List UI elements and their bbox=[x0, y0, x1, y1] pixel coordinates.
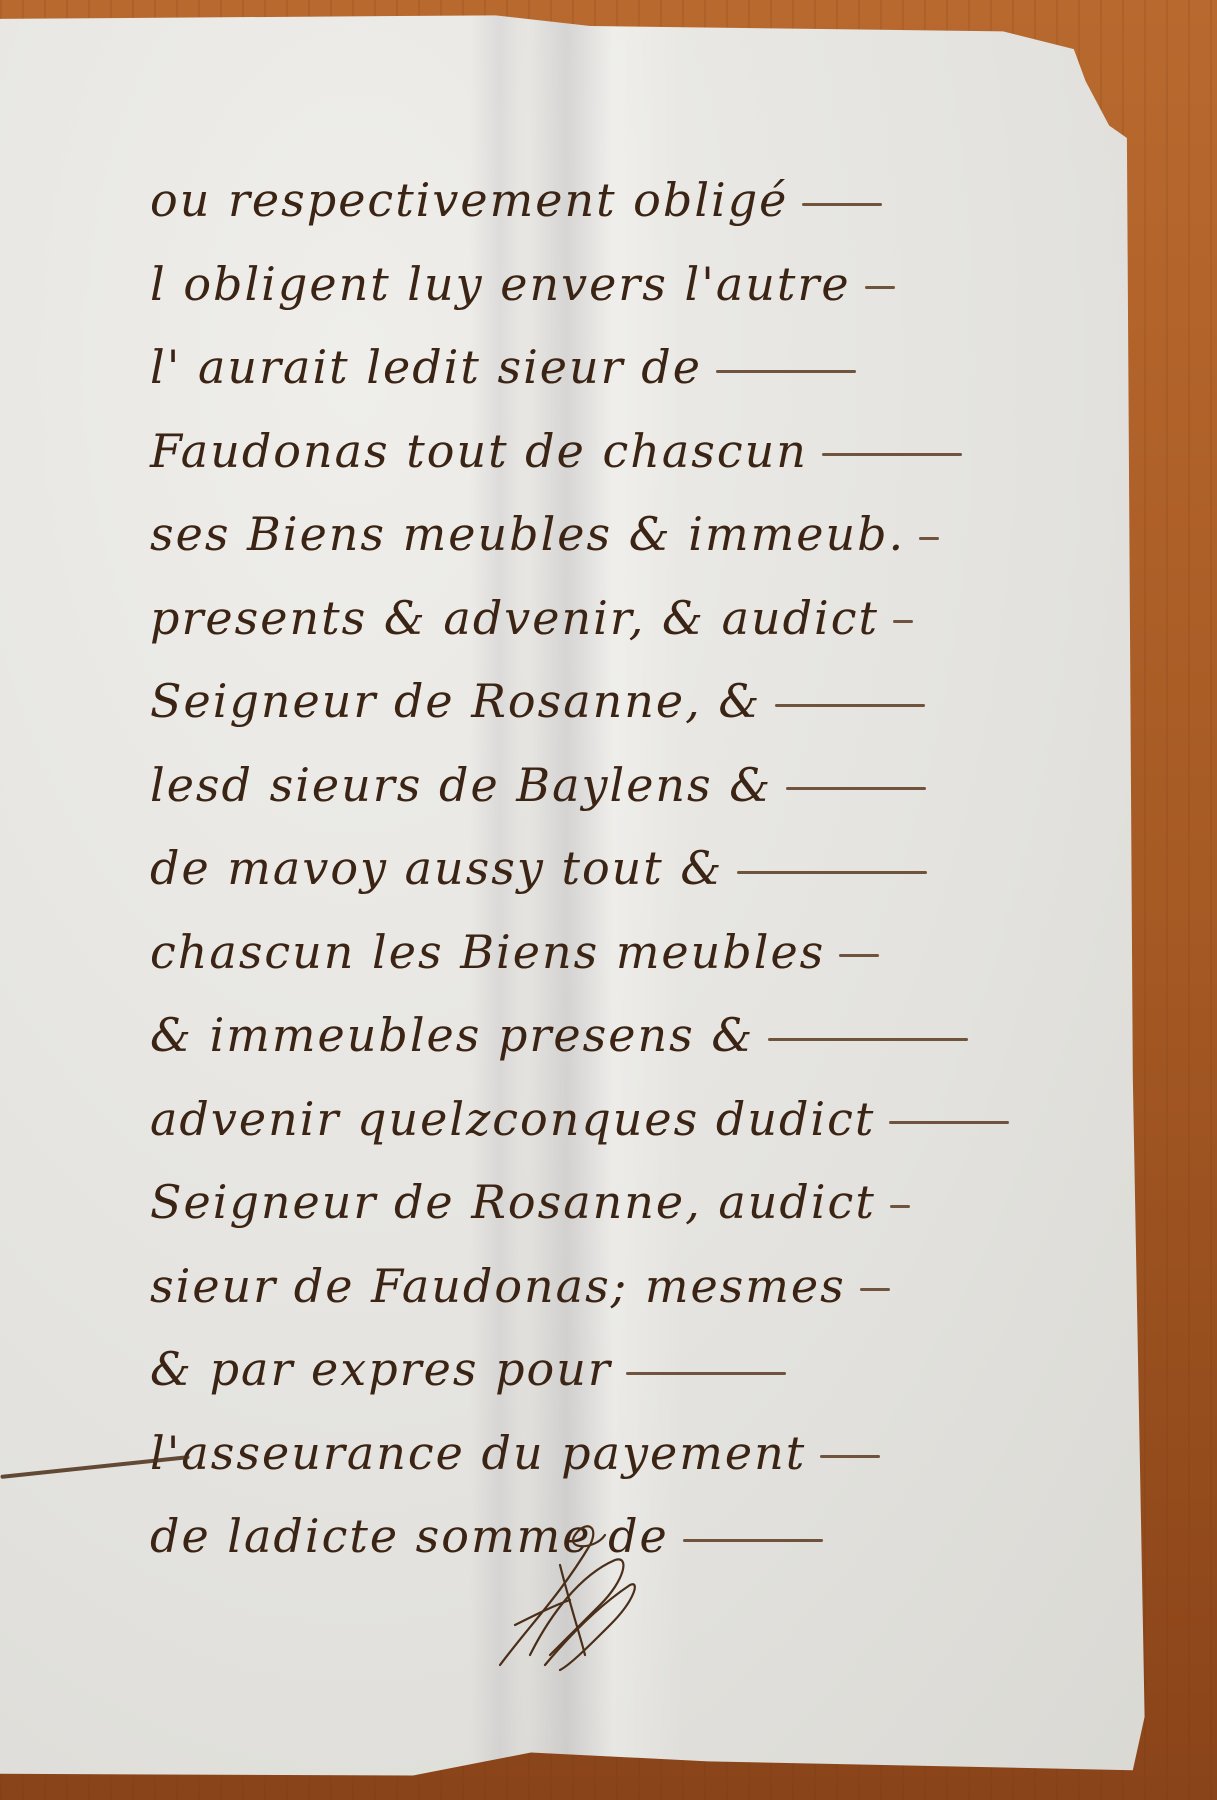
line-filler-stroke bbox=[839, 954, 879, 957]
manuscript-line: ses Biens meubles & immeub. bbox=[150, 504, 1150, 588]
line-filler-stroke bbox=[893, 620, 913, 623]
line-filler-stroke bbox=[683, 1539, 823, 1542]
manuscript-line: sieur de Faudonas; mesmes bbox=[150, 1256, 1150, 1340]
line-filler-stroke bbox=[802, 203, 882, 206]
line-filler-stroke bbox=[889, 1121, 1009, 1124]
manuscript-line: advenir quelzconques dudict bbox=[150, 1089, 1150, 1173]
line-filler-stroke bbox=[716, 370, 856, 373]
manuscript-line: & immeubles presens & bbox=[150, 1005, 1150, 1089]
line-filler-stroke bbox=[890, 1205, 910, 1208]
line-filler-stroke bbox=[786, 787, 926, 790]
manuscript-line: chascun les Biens meubles bbox=[150, 922, 1150, 1006]
manuscript-line: Seigneur de Rosanne, audict bbox=[150, 1172, 1150, 1256]
line-filler-stroke bbox=[768, 1038, 968, 1041]
manuscript-page: ou respectivement obligé l obligent luy … bbox=[0, 10, 1180, 1788]
signature-paraph-icon bbox=[490, 1505, 640, 1675]
line-filler-stroke bbox=[820, 1455, 880, 1458]
line-filler-stroke bbox=[865, 286, 895, 289]
manuscript-line: l' aurait ledit sieur de bbox=[150, 337, 1150, 421]
manuscript-line: lesd sieurs de Baylens & bbox=[150, 755, 1150, 839]
manuscript-line: ou respectivement obligé bbox=[150, 170, 1150, 254]
manuscript-line: & par expres pour bbox=[150, 1339, 1150, 1423]
manuscript-line: l'asseurance du payement bbox=[150, 1423, 1150, 1507]
line-filler-stroke bbox=[737, 871, 927, 874]
manuscript-line: Seigneur de Rosanne, & bbox=[150, 671, 1150, 755]
manuscript-line: de ladicte somme de bbox=[150, 1506, 1150, 1590]
line-filler-stroke bbox=[775, 704, 925, 707]
manuscript-line: Faudonas tout de chascun bbox=[150, 421, 1150, 505]
manuscript-line: presents & advenir, & audict bbox=[150, 588, 1150, 672]
line-filler-stroke bbox=[919, 537, 939, 540]
handwritten-text-block: ou respectivement obligé l obligent luy … bbox=[150, 170, 1150, 1590]
line-filler-stroke bbox=[822, 453, 962, 456]
line-filler-stroke bbox=[626, 1372, 786, 1375]
line-filler-stroke bbox=[860, 1288, 890, 1291]
manuscript-line: de mavoy aussy tout & bbox=[150, 838, 1150, 922]
manuscript-line: l obligent luy envers l'autre bbox=[150, 254, 1150, 338]
